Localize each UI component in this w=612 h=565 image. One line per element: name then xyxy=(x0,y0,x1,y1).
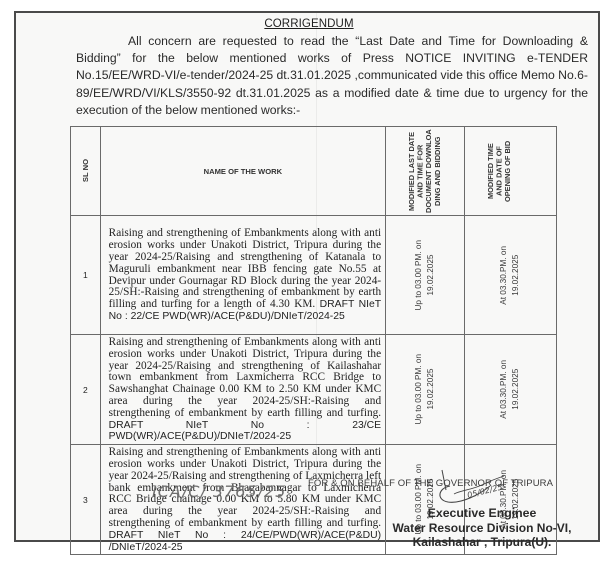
signatory-block: Executive Enginee Water Resource Divisio… xyxy=(368,506,596,550)
signature-icon: 05/02/25 xyxy=(432,468,510,508)
last-date-cell: Up to 03.00 PM. on19.02.2025 xyxy=(386,335,465,445)
work-description-cell: Raising and strengthening of Embankments… xyxy=(100,216,385,335)
last-date-cell: Up to 03.00 PM. on19.02.2025 xyxy=(386,216,465,335)
intro-text: All concern are requested to read the “L… xyxy=(76,33,588,119)
signatory-division: Water Resource Division No-VI, xyxy=(368,521,596,536)
sl-no-cell: 3 xyxy=(71,445,101,555)
table-row: 1 Raising and strengthening of Embankmen… xyxy=(71,216,557,335)
signatory-location: Kailashahar , Tripura(U). xyxy=(368,535,596,550)
opening-date-cell: At 03.30.PM. on19.02.2025 xyxy=(464,216,556,335)
header-opening: MODIFIED TIME AND DATE OF OPENING OF BID xyxy=(464,127,556,216)
opening-date-cell: At 03.30.PM. on19.02.2025 xyxy=(464,335,556,445)
sl-no-cell: 2 xyxy=(71,335,101,445)
draft-niet-number: DRAFT NIeT No : 24/CE/PWD(WR)/ACE(P&DU) … xyxy=(109,530,381,553)
header-sl-no: SL NO xyxy=(71,127,101,216)
header-last-date: MODIFIED LAST DATE AND TIME FOR DOCUMENT… xyxy=(386,127,465,216)
document-title: CORRIGENDUM xyxy=(16,18,602,30)
table-row: 2 Raising and strengthening of Embankmen… xyxy=(71,335,557,445)
on-behalf-line: FOR & ON BEHALF OF THE GOVERNOR OF TRIPU… xyxy=(308,478,553,489)
work-description-cell: Raising and strengthening of Embankments… xyxy=(100,335,385,445)
handwritten-reference: ICA/C/ 3765/25 xyxy=(152,482,286,501)
signatory-designation: Executive Enginee xyxy=(368,506,596,521)
table-header-row: SL NO NAME OF THE WORK MODIFIED LAST DAT… xyxy=(71,127,557,216)
svg-text:05/02/25: 05/02/25 xyxy=(466,483,503,500)
intro-paragraph: All concern are requested to read the “L… xyxy=(76,33,588,119)
header-name-of-work: NAME OF THE WORK xyxy=(100,127,385,216)
draft-niet-number: DRAFT NIeT No : 23/CE PWD(WR)/ACE(P&DU)/… xyxy=(109,420,381,443)
sl-no-cell: 1 xyxy=(71,216,101,335)
